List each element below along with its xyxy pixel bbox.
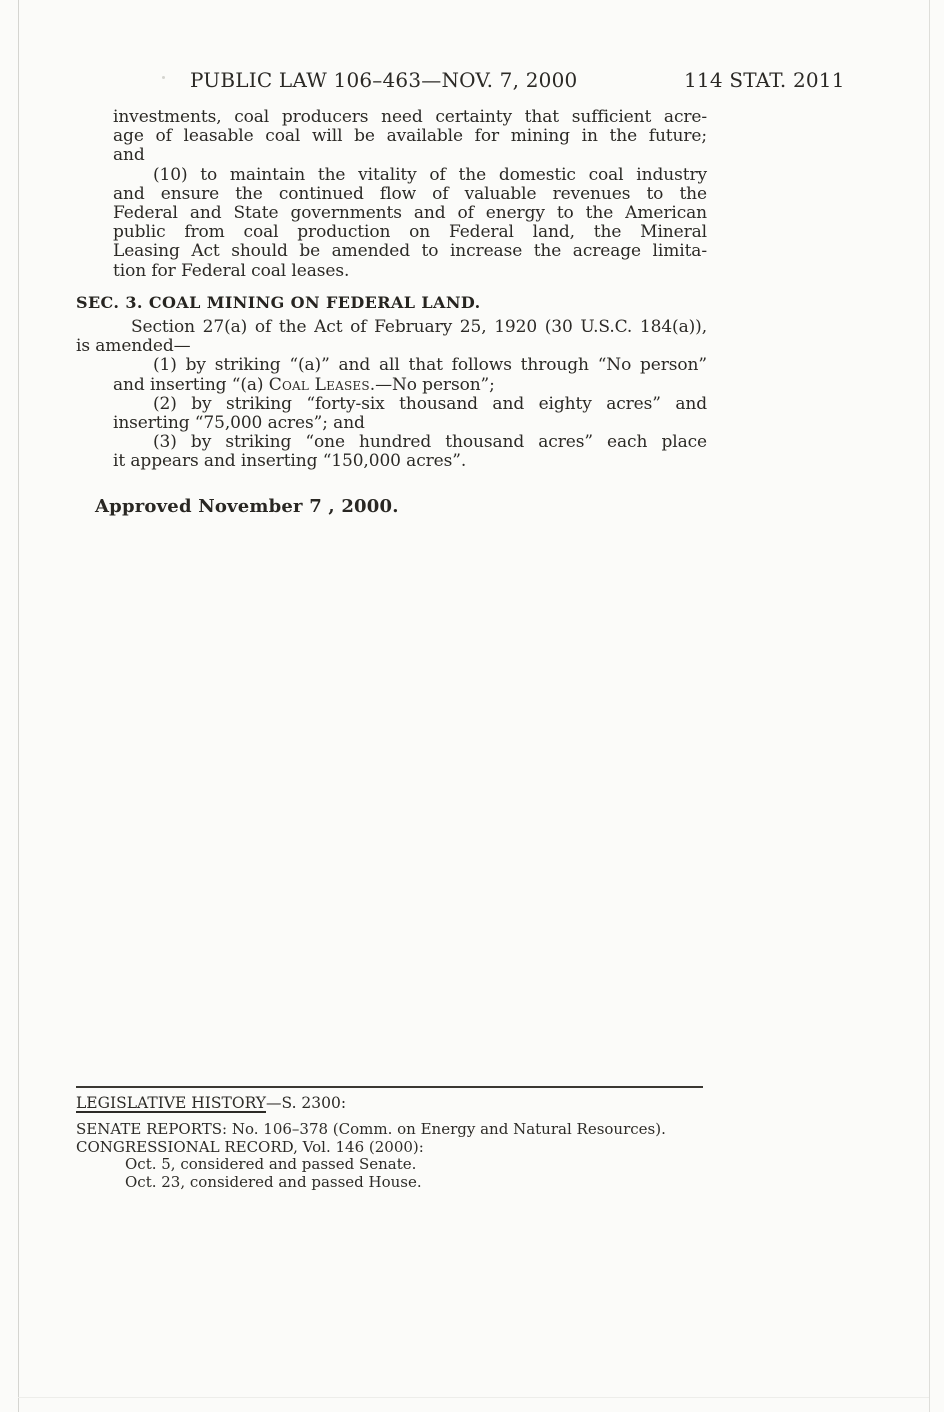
legislative-history-bill-number: —S. 2300: xyxy=(266,1094,346,1112)
clause-1-text: .—No person”; xyxy=(370,375,495,395)
finding-10-line: Leasing Act should be amended to increas… xyxy=(113,242,707,261)
law-title: PUBLIC LAW 106–463—NOV. 7, 2000 xyxy=(190,68,577,92)
section-3-clauses: (1) by striking “(a)” and all that follo… xyxy=(113,356,707,471)
findings-text-block: investments, coal producers need certain… xyxy=(113,108,707,281)
legislative-history-heading: LEGISLATIVE HISTORY—S. 2300: xyxy=(76,1095,707,1112)
page-edge-bottom-line xyxy=(18,1397,929,1398)
clause-1-line: (1) by striking “(a)” and all that follo… xyxy=(113,356,707,375)
legislative-history-rule xyxy=(76,1086,703,1088)
legislative-history-heading-underlined: LEGISLATIVE HISTORY xyxy=(76,1094,266,1112)
finding-10-line: public from coal production on Federal l… xyxy=(113,223,707,242)
legislative-history-block: LEGISLATIVE HISTORY—S. 2300: SENATE REPO… xyxy=(76,1086,707,1191)
finding-10-line: (10) to maintain the vitality of the dom… xyxy=(113,166,707,185)
finding-continuation-line: age of leasable coal will be available f… xyxy=(113,127,707,146)
finding-continuation-line: and xyxy=(113,146,707,165)
page-edge-right-line xyxy=(929,0,930,1412)
section-3-intro-line: is amended— xyxy=(76,337,707,356)
record-entry-line: Oct. 5, considered and passed Senate. xyxy=(76,1156,707,1173)
clause-3-line: (3) by striking “one hundred thousand ac… xyxy=(113,433,707,452)
senate-reports-line: SENATE REPORTS: No. 106–378 (Comm. on En… xyxy=(76,1121,707,1138)
approval-line: Approved November 7 , 2000. xyxy=(95,496,399,517)
clause-3-line: it appears and inserting “150,000 acres”… xyxy=(113,452,707,471)
clause-2-line: inserting “75,000 acres”; and xyxy=(113,414,707,433)
scan-speck xyxy=(162,76,165,79)
page-edge-left-line xyxy=(18,0,19,1412)
finding-10-line: Federal and State governments and of ene… xyxy=(113,204,707,223)
congressional-record-line: CONGRESSIONAL RECORD, Vol. 146 (2000): xyxy=(76,1139,707,1156)
record-entry-line: Oct. 23, considered and passed House. xyxy=(76,1174,707,1191)
finding-10-line: and ensure the continued flow of valuabl… xyxy=(113,185,707,204)
section-3-intro-line: Section 27(a) of the Act of February 25,… xyxy=(76,318,707,337)
statute-page: PUBLIC LAW 106–463—NOV. 7, 2000 114 STAT… xyxy=(0,0,944,1412)
coal-leases-smallcaps: Coal Leases xyxy=(269,375,370,395)
finding-10-line: tion for Federal coal leases. xyxy=(113,262,707,281)
section-3-heading: SEC. 3. COAL MINING ON FEDERAL LAND. xyxy=(76,293,481,312)
section-3-body: Section 27(a) of the Act of February 25,… xyxy=(76,318,707,472)
finding-continuation-line: investments, coal producers need certain… xyxy=(113,108,707,127)
clause-1-text: and inserting “(a) xyxy=(113,375,269,395)
stat-page-number: 114 STAT. 2011 xyxy=(684,68,845,92)
clause-2-line: (2) by striking “forty-six thousand and … xyxy=(113,395,707,414)
clause-1-line: and inserting “(a) Coal Leases.—No perso… xyxy=(113,376,707,395)
